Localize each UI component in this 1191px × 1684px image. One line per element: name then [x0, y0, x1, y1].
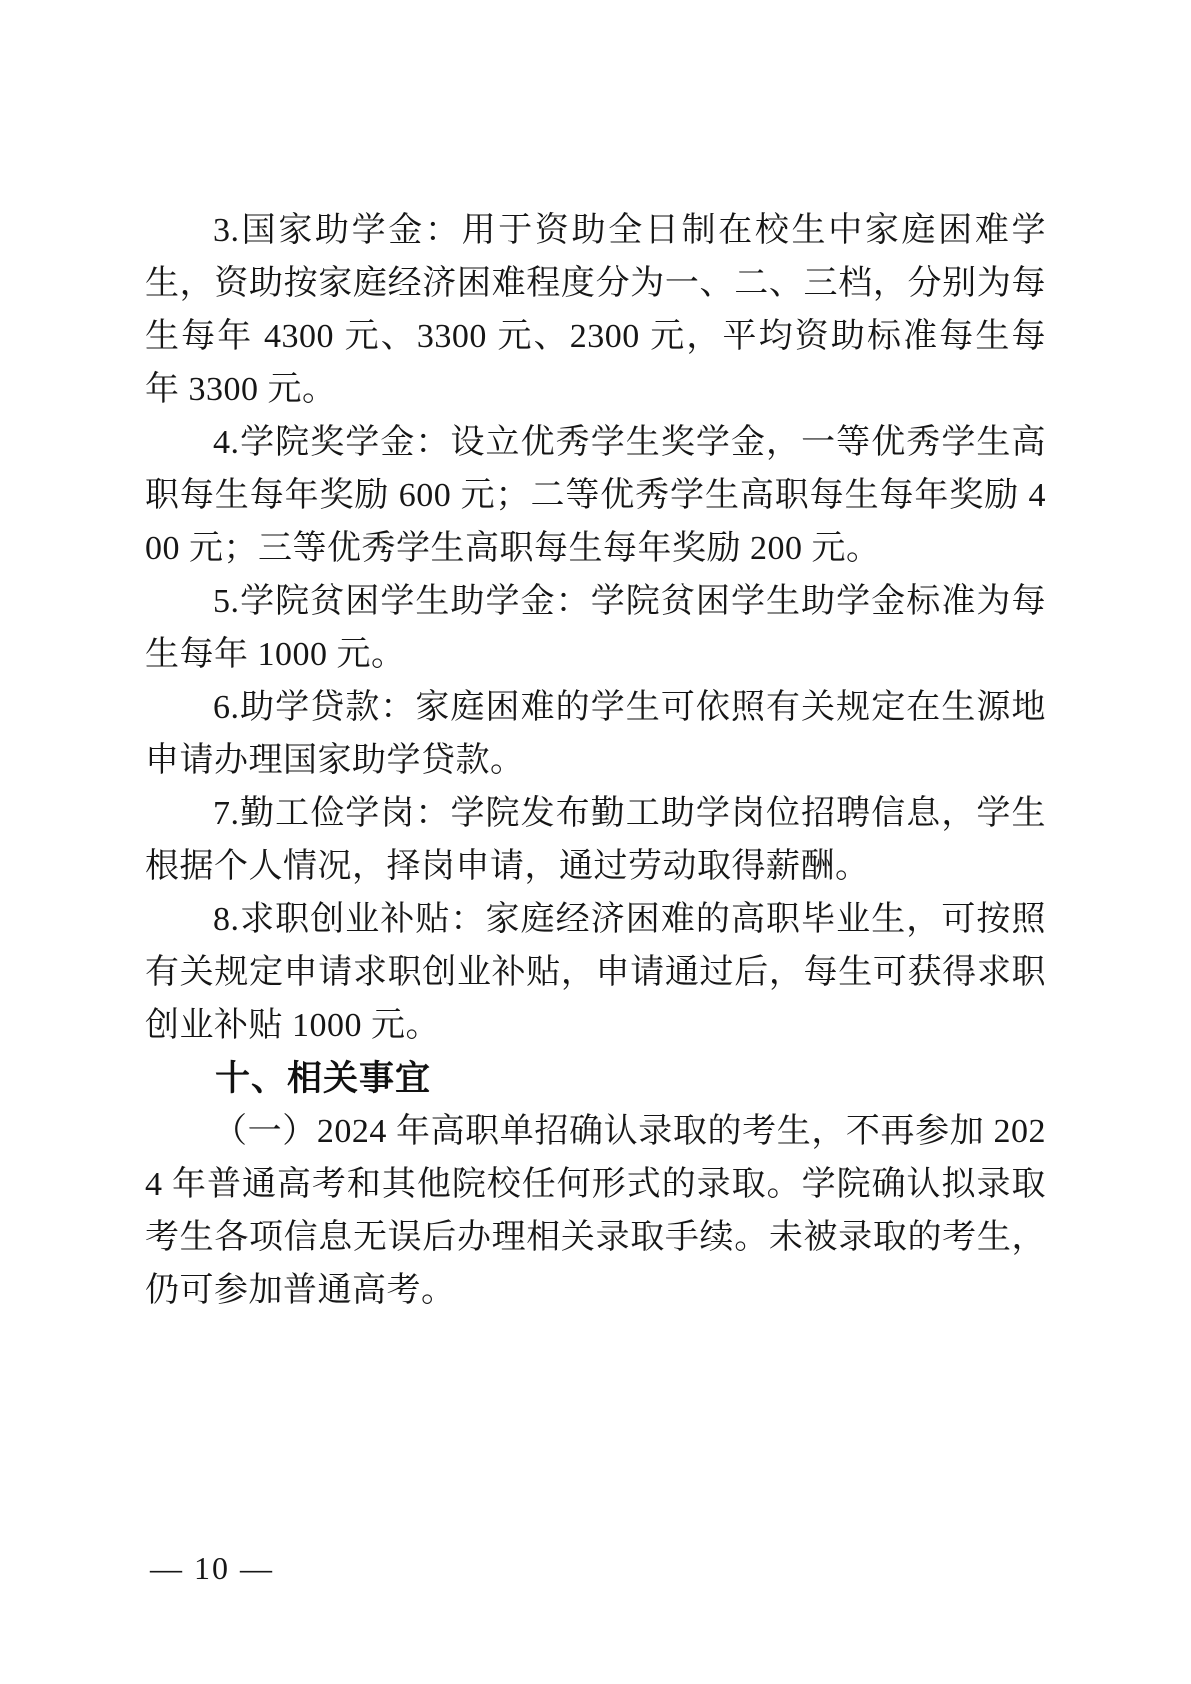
page-number: — 10 — — [150, 1548, 274, 1588]
section-heading-related-matters: 十、相关事宜 — [145, 1052, 1046, 1105]
page-content: 3.国家助学金：用于资助全日制在校生中家庭困难学生，资助按家庭经济困难程度分为一… — [145, 204, 1046, 1317]
paragraph-national-grant: 3.国家助学金：用于资助全日制在校生中家庭困难学生，资助按家庭经济困难程度分为一… — [145, 204, 1046, 416]
paragraph-college-poverty-grant: 5.学院贫困学生助学金：学院贫困学生助学金标准为每生每年 1000 元。 — [145, 575, 1046, 681]
paragraph-college-scholarship: 4.学院奖学金：设立优秀学生奖学金，一等优秀学生高职每生每年奖励 600 元；二… — [145, 416, 1046, 575]
paragraph-work-study: 7.勤工俭学岗：学院发布勤工助学岗位招聘信息，学生根据个人情况，择岗申请，通过劳… — [145, 787, 1046, 893]
document-page: 3.国家助学金：用于资助全日制在校生中家庭困难学生，资助按家庭经济困难程度分为一… — [0, 0, 1191, 1684]
paragraph-student-loan: 6.助学贷款：家庭困难的学生可依照有关规定在生源地申请办理国家助学贷款。 — [145, 681, 1046, 787]
paragraph-job-subsidy: 8.求职创业补贴：家庭经济困难的高职毕业生，可按照有关规定申请求职创业补贴，申请… — [145, 893, 1046, 1052]
paragraph-related-matters-1: （一）2024 年高职单招确认录取的考生，不再参加 2024 年普通高考和其他院… — [145, 1105, 1046, 1317]
